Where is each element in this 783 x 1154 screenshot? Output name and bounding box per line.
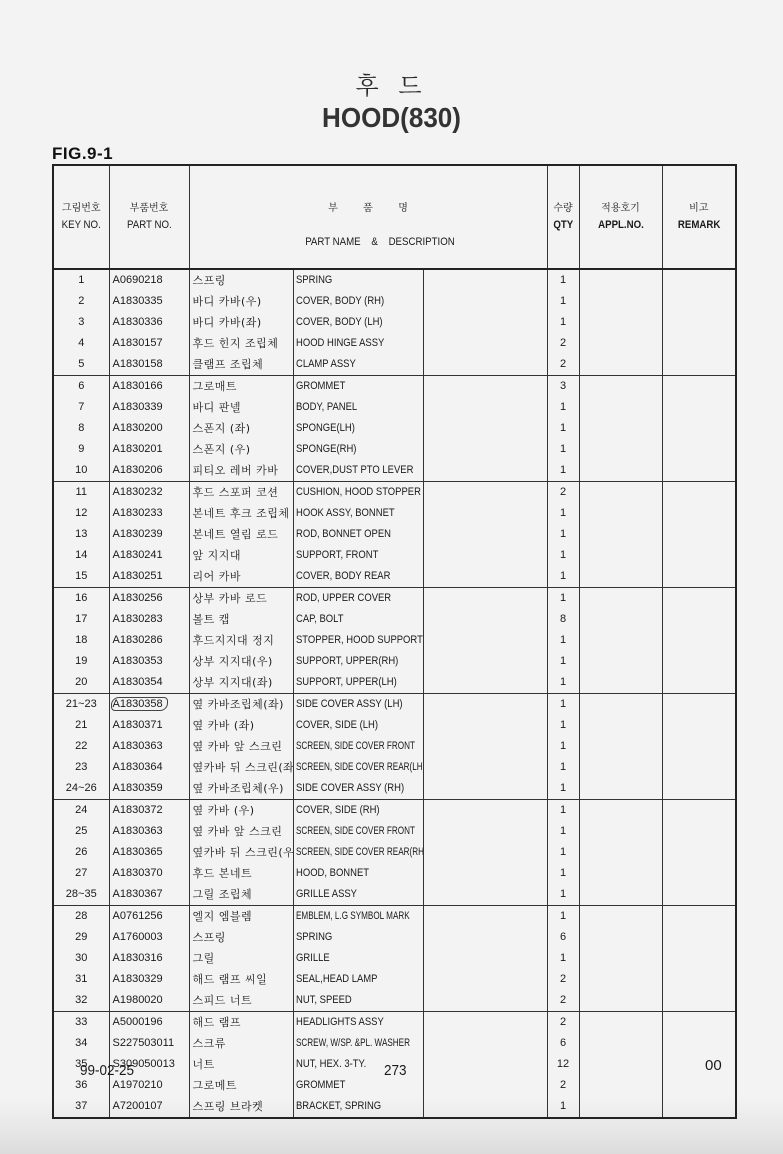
key-no-cell: 23 [53,757,109,778]
part-description-cell: HEADLIGHTS ASSY [293,1012,423,1034]
part-no-cell: A1830370 [109,863,189,884]
part-name-korean-cell: 옆카바 뒤 스크린(좌) [189,757,293,778]
part-name-korean-cell: 클램프 조립체 [189,354,293,376]
part-no-cell: A1830283 [109,609,189,630]
table-row: 3A1830336바디 카바(좌)COVER, BODY (LH)1 [53,312,736,333]
part-description: CUSHION, HOOD STOPPER [296,482,421,503]
blank-cell [423,694,547,716]
remark-cell [662,694,736,716]
part-no: A1830166 [113,380,163,392]
part-description-cell: NUT, SPEED [293,990,423,1012]
part-description: HEADLIGHTS ASSY [296,1012,384,1033]
appl-no-cell [579,630,662,651]
blank-cell [423,588,547,610]
qty-cell: 1 [547,269,579,291]
key-no-cell: 32 [53,990,109,1012]
appl-no-cell [579,376,662,398]
part-no: A1830157 [113,337,163,349]
blank-cell [423,376,547,398]
appl-no-cell [579,609,662,630]
remark-cell [662,609,736,630]
blank-cell [423,460,547,482]
blank-cell [423,418,547,439]
blank-cell [423,927,547,948]
blank-cell [423,863,547,884]
remark-cell [662,821,736,842]
table-row: 12A1830233본네트 후크 조립체HOOK ASSY, BONNET1 [53,503,736,524]
key-no-cell: 4 [53,333,109,354]
part-description: GROMMET [296,1075,345,1096]
blank-cell [423,482,547,504]
key-no-cell: 1 [53,269,109,291]
key-no-cell: 24~26 [53,778,109,800]
part-description: ROD, BONNET OPEN [296,524,391,545]
part-no-cell: A5000196 [109,1012,189,1034]
qty-cell: 12 [547,1054,579,1075]
part-no: A1830335 [113,295,163,307]
qty-cell: 1 [547,778,579,800]
blank-cell [423,312,547,333]
appl-no-cell [579,545,662,566]
key-no-cell: 20 [53,672,109,694]
part-no: A1830363 [113,825,163,837]
appl-no-cell [579,460,662,482]
appl-no-cell [579,397,662,418]
part-name-korean-cell: 스프링 [189,269,293,291]
blank-cell [423,948,547,969]
part-no-cell: A1830353 [109,651,189,672]
key-no-cell: 34 [53,1033,109,1054]
remark-cell [662,630,736,651]
part-description: GRILLE ASSY [296,884,357,905]
table-row: 16A1830256상부 카바 로드ROD, UPPER COVER1 [53,588,736,610]
blank-cell [423,630,547,651]
qty-cell: 1 [547,439,579,460]
part-description: SCREEN, SIDE COVER REAR(RH) [296,842,424,863]
appl-no-cell [579,651,662,672]
blank-cell [423,821,547,842]
part-no-cell: A1830233 [109,503,189,524]
appl-no-cell [579,821,662,842]
appl-no-cell [579,1054,662,1075]
table-row: 37A7200107스프링 브라켓BRACKET, SPRING1 [53,1096,736,1118]
qty-cell: 1 [547,672,579,694]
part-no: A1830241 [113,549,163,561]
blank-cell [423,842,547,863]
part-name-korean-cell: 앞 지지대 [189,545,293,566]
part-name-korean-cell: 그로메트 [189,1075,293,1096]
part-no-cell: A1830367 [109,884,189,906]
remark-cell [662,418,736,439]
blank-cell [423,1033,547,1054]
appl-no-cell [579,1075,662,1096]
part-description-cell: SPRING [293,269,423,291]
key-no-cell: 9 [53,439,109,460]
part-no: A1830200 [113,422,163,434]
remark-cell [662,439,736,460]
remark-cell [662,333,736,354]
part-description: SCREEN, SIDE COVER REAR(LH) [296,757,424,778]
part-no: A1970210 [113,1079,163,1091]
part-description: SPRING [296,927,332,948]
part-description: HOOD, BONNET [296,863,369,884]
table-row: 8A1830200스폰지 (좌)SPONGE(LH)1 [53,418,736,439]
part-name-korean-cell: 옆카바 뒤 스크린(우) [189,842,293,863]
part-no-cell: A1830256 [109,588,189,610]
part-description-cell: HOOK ASSY, BONNET [293,503,423,524]
part-description-cell: SUPPORT, FRONT [293,545,423,566]
appl-no-cell [579,291,662,312]
page-title-korean: 후 드 [0,66,783,101]
table-row: 15A1830251리어 카바COVER, BODY REAR1 [53,566,736,588]
qty-cell: 1 [547,906,579,928]
appl-no-cell [579,969,662,990]
blank-cell [423,800,547,822]
part-no: A1830354 [113,676,163,688]
table-row: 17A1830283볼트 캡CAP, BOLT8 [53,609,736,630]
key-no-cell: 24 [53,800,109,822]
remark-cell [662,269,736,291]
part-description: SEAL,HEAD LAMP [296,969,377,990]
key-no-cell: 29 [53,927,109,948]
footer-date: 99-02-25 [80,1062,134,1079]
part-description-cell: HOOD HINGE ASSY [293,333,423,354]
remark-cell [662,800,736,822]
part-description-cell: HOOD, BONNET [293,863,423,884]
qty-cell: 2 [547,482,579,504]
key-no-cell: 5 [53,354,109,376]
part-no-cell: A1830200 [109,418,189,439]
remark-cell [662,884,736,906]
part-no-cell: S227503011 [109,1033,189,1054]
part-description-cell: SCREEN, SIDE COVER REAR(LH) [293,757,423,778]
remark-cell [662,291,736,312]
part-no: A1830206 [113,464,163,476]
qty-cell: 3 [547,376,579,398]
part-no-cell: A1830371 [109,715,189,736]
part-name-korean-cell: 상부 지지대(우) [189,651,293,672]
part-no: A1830283 [113,613,163,625]
remark-cell [662,545,736,566]
appl-no-cell [579,884,662,906]
table-row: 2A1830335바디 카바(우)COVER, BODY (RH)1 [53,291,736,312]
table-row: 30A1830316그릴GRILLE1 [53,948,736,969]
qty-cell: 1 [547,651,579,672]
part-no-cell: A1830251 [109,566,189,588]
part-no: A1830256 [113,592,163,604]
appl-no-cell [579,269,662,291]
part-name-korean-cell: 옆 카바 앞 스크린 [189,821,293,842]
key-no-cell: 6 [53,376,109,398]
part-no-cell: A1830365 [109,842,189,863]
table-row: 23A1830364옆카바 뒤 스크린(좌)SCREEN, SIDE COVER… [53,757,736,778]
part-no: A1830353 [113,655,163,667]
part-no-cell: A0690218 [109,269,189,291]
part-name-korean-cell: 너트 [189,1054,293,1075]
table-row: 22A1830363옆 카바 앞 스크린SCREEN, SIDE COVER F… [53,736,736,757]
qty-cell: 1 [547,863,579,884]
key-no-cell: 15 [53,566,109,588]
part-name-korean-cell: 옆 카바조립체(우) [189,778,293,800]
blank-cell [423,609,547,630]
qty-cell: 1 [547,503,579,524]
part-description: COVER, BODY (RH) [296,291,384,312]
qty-cell: 8 [547,609,579,630]
qty-cell: 1 [547,757,579,778]
qty-cell: 1 [547,588,579,610]
part-no: A1830371 [113,719,163,731]
qty-cell: 1 [547,418,579,439]
part-no: A1830365 [113,846,163,858]
table-row: 10A1830206피티오 레버 카바COVER,DUST PTO LEVER1 [53,460,736,482]
key-no-cell: 26 [53,842,109,863]
key-no-cell: 28 [53,906,109,928]
part-name-korean-cell: 스폰지 (우) [189,439,293,460]
qty-cell: 2 [547,1075,579,1096]
part-no: A0761256 [113,910,163,922]
part-no: A1830286 [113,634,163,646]
part-description-cell: EMBLEM, L.G SYMBOL MARK [293,906,423,928]
qty-cell: 2 [547,990,579,1012]
part-description-cell: SCREEN, SIDE COVER FRONT [293,736,423,757]
blank-cell [423,354,547,376]
blank-cell [423,1096,547,1118]
part-no: A1830239 [113,528,163,540]
part-description: EMBLEM, L.G SYMBOL MARK [296,906,410,927]
part-description-cell: CUSHION, HOOD STOPPER [293,482,423,504]
table-row: 31A1830329해드 램프 씨일SEAL,HEAD LAMP2 [53,969,736,990]
key-no-cell: 2 [53,291,109,312]
appl-no-cell [579,354,662,376]
key-no-cell: 28~35 [53,884,109,906]
key-no-cell: 13 [53,524,109,545]
part-description-cell: STOPPER, HOOD SUPPORT [293,630,423,651]
qty-cell: 1 [547,1096,579,1118]
part-no: A1830329 [113,973,163,985]
key-no-cell: 31 [53,969,109,990]
part-no-cell: A1980020 [109,990,189,1012]
part-no: A1830233 [113,507,163,519]
part-description-cell: SIDE COVER ASSY (RH) [293,778,423,800]
table-row: 13A1830239본네트 열림 로드ROD, BONNET OPEN1 [53,524,736,545]
part-name-korean-cell: 후드 스포퍼 코션 [189,482,293,504]
key-no-cell: 18 [53,630,109,651]
qty-cell: 1 [547,312,579,333]
part-description: HOOD HINGE ASSY [296,333,384,354]
part-no-cell: A1830359 [109,778,189,800]
remark-cell [662,482,736,504]
part-no: A5000196 [113,1016,163,1028]
part-no-cell: A1830232 [109,482,189,504]
part-no-cell: A1830166 [109,376,189,398]
appl-no-cell [579,418,662,439]
remark-cell [662,715,736,736]
table-row: 33A5000196해드 램프HEADLIGHTS ASSY2 [53,1012,736,1034]
part-no-cell: A1830286 [109,630,189,651]
appl-no-cell [579,948,662,969]
blank-cell [423,439,547,460]
part-name-korean-cell: 스폰지 (좌) [189,418,293,439]
blank-cell [423,545,547,566]
table-row: 27A1830370후드 본네트HOOD, BONNET1 [53,863,736,884]
table-row: 11A1830232후드 스포퍼 코션CUSHION, HOOD STOPPER… [53,482,736,504]
revision-number: 00 [705,1057,722,1074]
key-no-cell: 37 [53,1096,109,1118]
remark-cell [662,503,736,524]
blank-cell [423,503,547,524]
table-row: 21A1830371옆 카바 (좌)COVER, SIDE (LH)1 [53,715,736,736]
remark-cell [662,651,736,672]
part-no-cell: A1830157 [109,333,189,354]
blank-cell [423,269,547,291]
part-description-cell: ROD, UPPER COVER [293,588,423,610]
part-no-cell: A1830339 [109,397,189,418]
qty-cell: 1 [547,291,579,312]
remark-cell [662,354,736,376]
col-qty: 수량 QTY [547,165,579,269]
key-no-cell: 21 [53,715,109,736]
part-name-korean-cell: 옆 카바 (우) [189,800,293,822]
col-appl-no: 적용호기 APPL.NO. [579,165,662,269]
parts-table: 그림번호 KEY NO. 부품번호 PART NO. 부 품 명 PART NA… [52,164,737,1119]
part-description: SCREEN, SIDE COVER FRONT [296,821,415,842]
part-no: S227503011 [113,1037,175,1049]
part-description: SUPPORT, UPPER(RH) [296,651,398,672]
part-name-korean-cell: 후드지지대 정지 [189,630,293,651]
part-no: A1980020 [113,994,163,1006]
table-row: 9A1830201스폰지 (우)SPONGE(RH)1 [53,439,736,460]
qty-cell: 1 [547,800,579,822]
table-row: 21~23A1830358옆 카바조립체(좌)SIDE COVER ASSY (… [53,694,736,716]
remark-cell [662,672,736,694]
remark-cell [662,736,736,757]
key-no-cell: 30 [53,948,109,969]
key-no-cell: 25 [53,821,109,842]
blank-cell [423,1054,547,1075]
part-name-korean-cell: 후드 본네트 [189,863,293,884]
qty-cell: 1 [547,397,579,418]
part-no-cell: A1830354 [109,672,189,694]
appl-no-cell [579,482,662,504]
part-description-cell: SCREEN, SIDE COVER REAR(RH) [293,842,423,863]
qty-cell: 1 [547,715,579,736]
part-name-korean-cell: 후드 힌지 조립체 [189,333,293,354]
part-description: BRACKET, SPRING [296,1096,381,1117]
appl-no-cell [579,312,662,333]
parts-table-body: 1A0690218스프링SPRING12A1830335바디 카바(우)COVE… [53,269,736,1118]
part-no: A1830372 [113,804,163,816]
part-description-cell: COVER, BODY (RH) [293,291,423,312]
page-number: 273 [384,1062,407,1079]
table-row: 5A1830158클램프 조립체CLAMP ASSY2 [53,354,736,376]
remark-cell [662,588,736,610]
part-name-korean-cell: 옆 카바 (좌) [189,715,293,736]
appl-no-cell [579,566,662,588]
blank-cell [423,524,547,545]
part-no-cell: A1830358 [109,694,189,716]
appl-no-cell [579,863,662,884]
part-description-cell: COVER, SIDE (LH) [293,715,423,736]
part-description: SCREW, W/SP. &PL. WASHER [296,1033,410,1054]
part-description: COVER, BODY REAR [296,566,390,587]
blank-cell [423,566,547,588]
part-name-korean-cell: 스크류 [189,1033,293,1054]
remark-cell [662,312,736,333]
key-no-cell: 10 [53,460,109,482]
key-no-cell: 19 [53,651,109,672]
appl-no-cell [579,906,662,928]
part-no: A1830316 [113,952,163,964]
table-row: 18A1830286후드지지대 정지STOPPER, HOOD SUPPORT1 [53,630,736,651]
part-name-korean-cell: 바디 판넬 [189,397,293,418]
appl-no-cell [579,439,662,460]
part-name-korean-cell: 해드 램프 [189,1012,293,1034]
part-description-cell: SEAL,HEAD LAMP [293,969,423,990]
part-no-cell: A1830201 [109,439,189,460]
table-row: 25A1830363옆 카바 앞 스크린SCREEN, SIDE COVER F… [53,821,736,842]
key-no-cell: 21~23 [53,694,109,716]
remark-cell [662,1012,736,1034]
key-no-cell: 22 [53,736,109,757]
appl-no-cell [579,736,662,757]
table-row: 28A0761256엘지 엠블렘EMBLEM, L.G SYMBOL MARK1 [53,906,736,928]
part-description-cell: SPONGE(LH) [293,418,423,439]
key-no-cell: 12 [53,503,109,524]
qty-cell: 1 [547,460,579,482]
qty-cell: 1 [547,694,579,716]
qty-cell: 6 [547,927,579,948]
part-no-cell: A1830336 [109,312,189,333]
part-name-korean-cell: 스피드 너트 [189,990,293,1012]
qty-cell: 2 [547,1012,579,1034]
remark-cell [662,906,736,928]
qty-cell: 1 [547,948,579,969]
part-description: COVER, BODY (LH) [296,312,383,333]
remark-cell [662,927,736,948]
qty-cell: 1 [547,821,579,842]
table-row: 6A1830166그로매트GROMMET3 [53,376,736,398]
appl-no-cell [579,672,662,694]
remark-cell [662,990,736,1012]
key-no-cell: 17 [53,609,109,630]
part-no-cell: A1830241 [109,545,189,566]
remark-cell [662,1096,736,1118]
table-row: 28~35A1830367그릴 조립체GRILLE ASSY1 [53,884,736,906]
part-name-korean-cell: 리어 카바 [189,566,293,588]
col-remark: 비고 REMARK [662,165,736,269]
part-description: SPONGE(RH) [296,439,356,460]
part-name-korean-cell: 그로매트 [189,376,293,398]
table-row: 4A1830157후드 힌지 조립체HOOD HINGE ASSY2 [53,333,736,354]
key-no-cell: 11 [53,482,109,504]
part-description-cell: GROMMET [293,376,423,398]
part-description-cell: SUPPORT, UPPER(RH) [293,651,423,672]
part-description: STOPPER, HOOD SUPPORT [296,630,423,651]
part-description-cell: BRACKET, SPRING [293,1096,423,1118]
table-row: 24~26A1830359옆 카바조립체(우)SIDE COVER ASSY (… [53,778,736,800]
part-name-korean-cell: 엘지 엠블렘 [189,906,293,928]
part-description-cell: COVER,DUST PTO LEVER [293,460,423,482]
part-name-korean-cell: 해드 램프 씨일 [189,969,293,990]
part-no: A0690218 [113,274,163,286]
remark-cell [662,460,736,482]
part-no-cell: A7200107 [109,1096,189,1118]
part-description-cell: SUPPORT, UPPER(LH) [293,672,423,694]
part-description: SIDE COVER ASSY (LH) [296,694,403,715]
appl-no-cell [579,333,662,354]
part-no-cell: A1830364 [109,757,189,778]
key-no-cell: 8 [53,418,109,439]
